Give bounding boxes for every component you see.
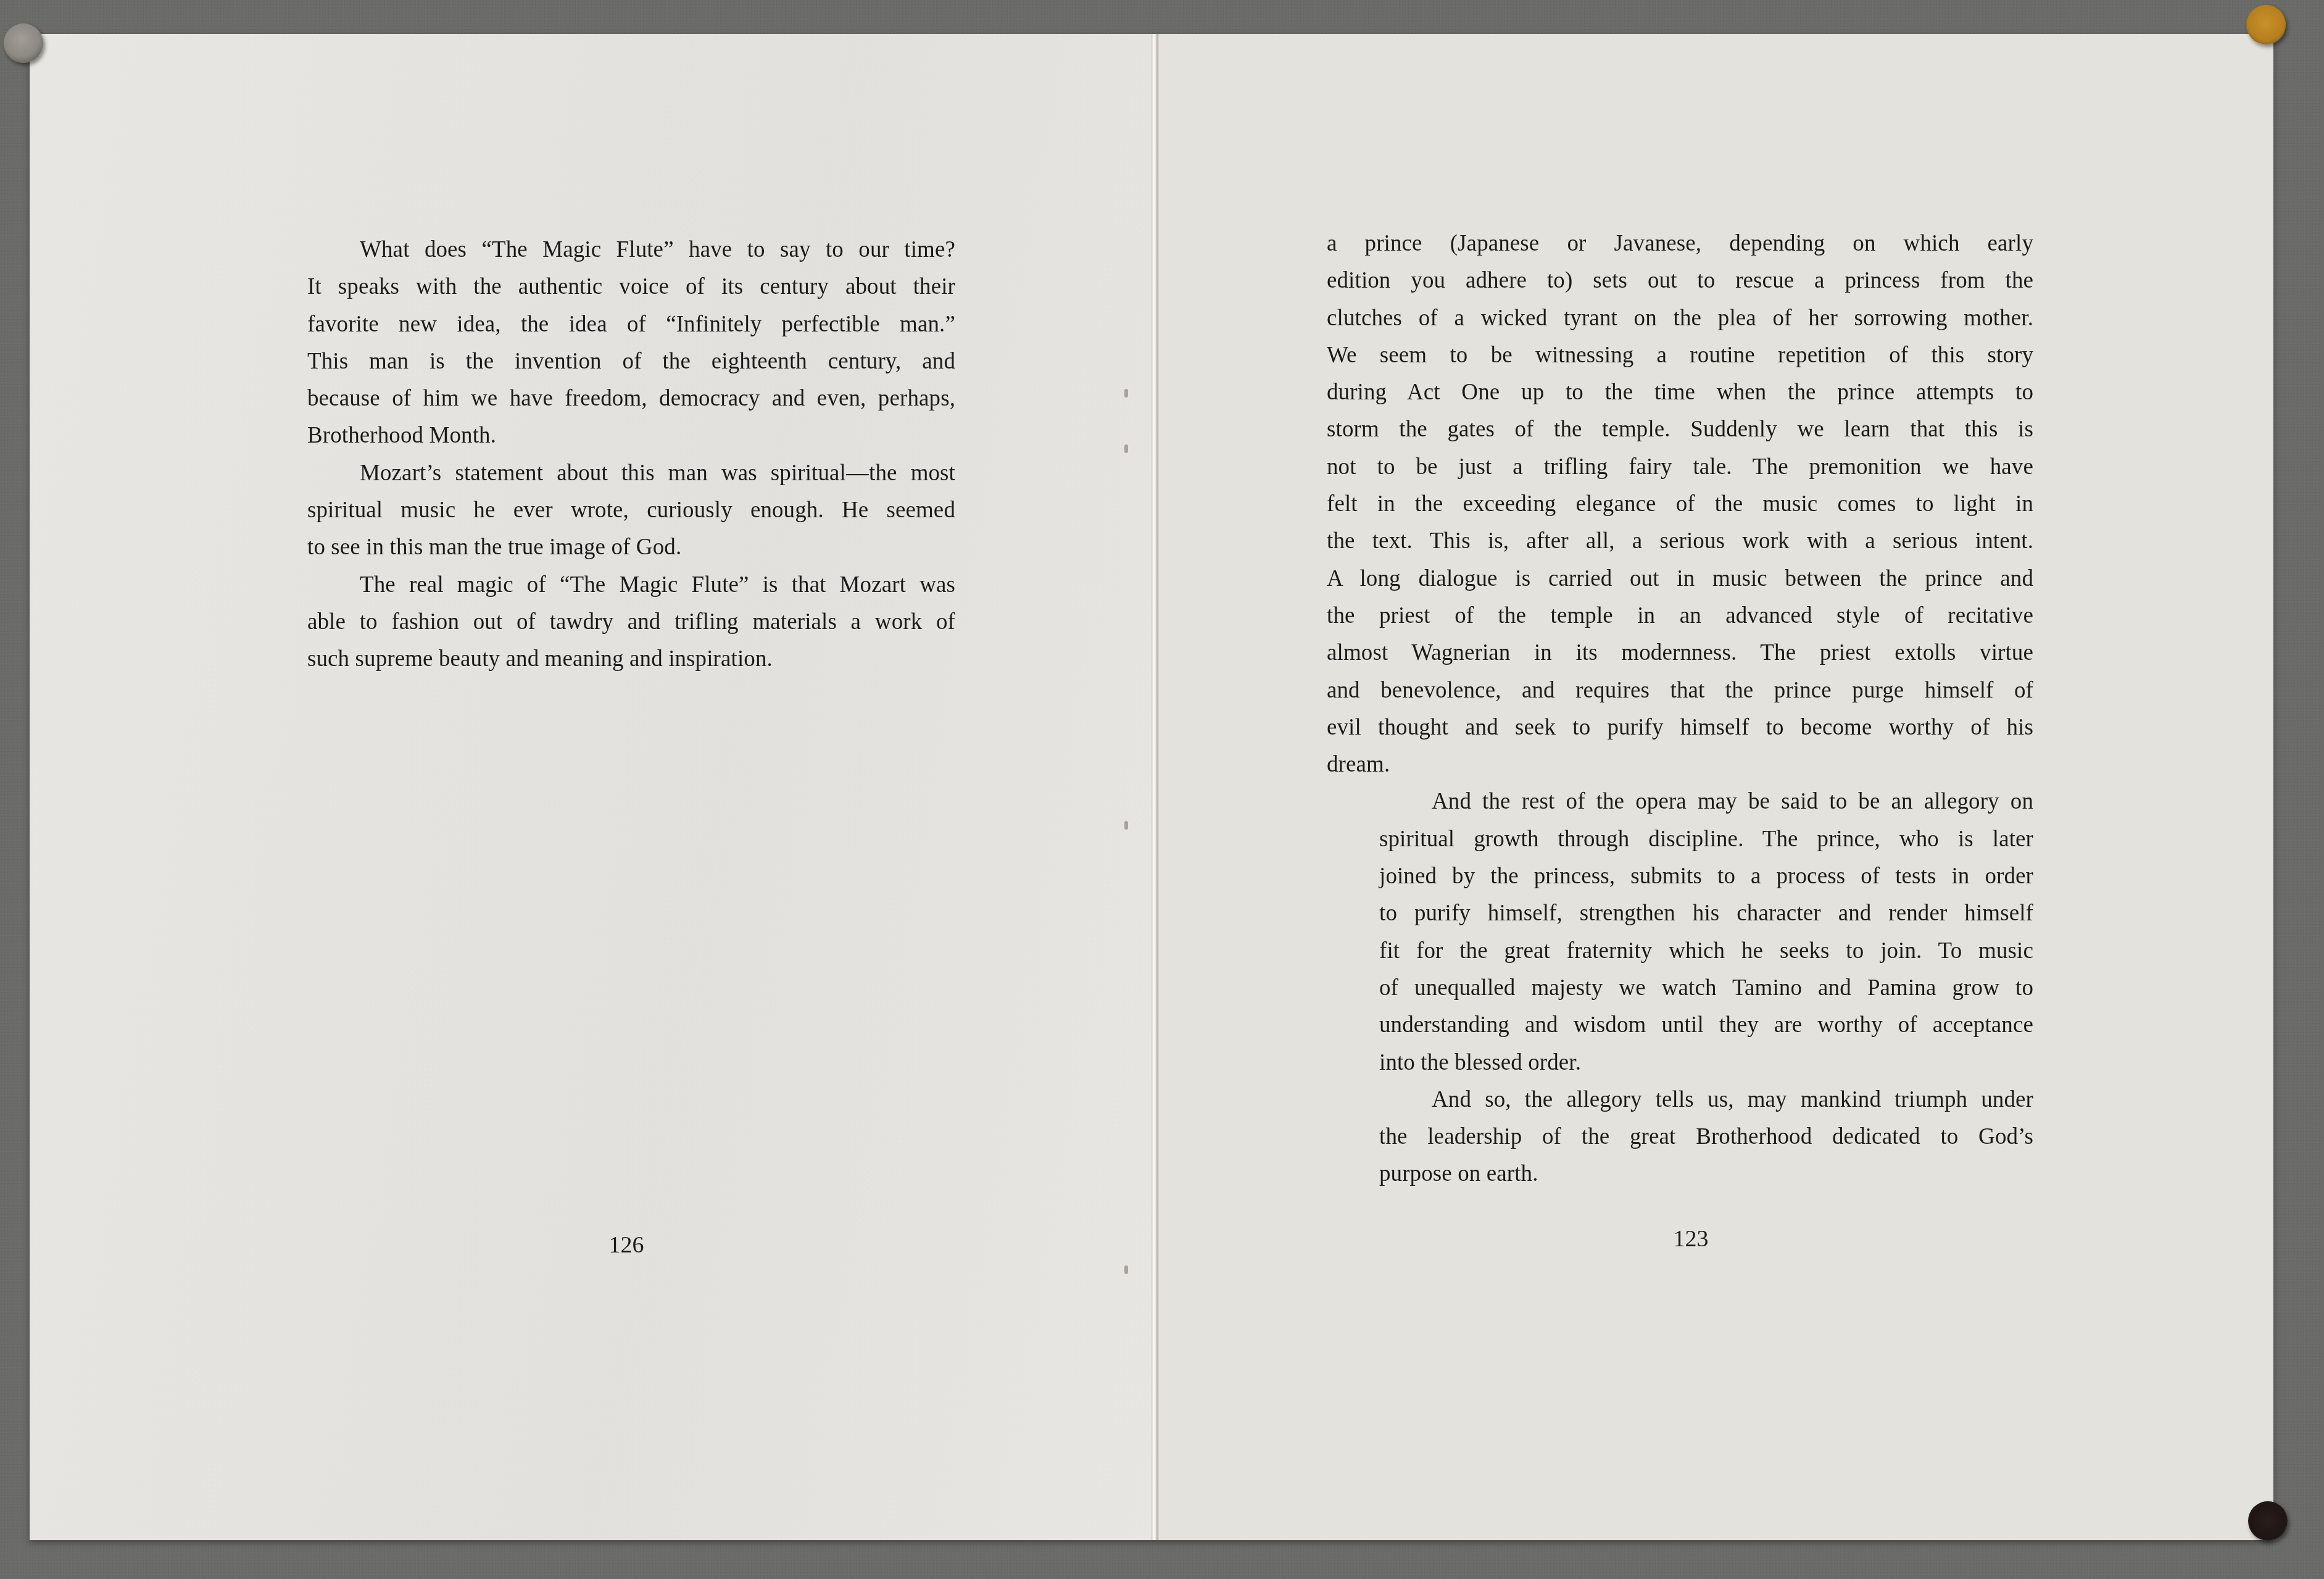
- right-page-body: a prince (Japanese or Javanese, dependin…: [1327, 225, 2033, 1193]
- text-line: What does “The Magic Flute” have to say …: [255, 231, 955, 269]
- binding-stitch: [1124, 389, 1128, 398]
- magnet-pin-icon: [2248, 1501, 2288, 1541]
- text-line: of unequalled majesty we watch Tamino an…: [1327, 970, 2033, 1007]
- text-line: edition you adhere to) sets out to rescu…: [1327, 262, 2033, 299]
- text-line: almost Wagnerian in its modernness. The …: [1327, 635, 2033, 672]
- text-line: clutches of a wicked tyrant on the plea …: [1327, 300, 2033, 337]
- left-page-body: What does “The Magic Flute” have to say …: [255, 231, 955, 678]
- text-line: felt in the exceeding elegance of the mu…: [1327, 486, 2033, 523]
- text-line: the leadership of the great Brotherhood …: [1327, 1119, 2033, 1156]
- text-line: The real magic of “The Magic Flute” is t…: [255, 567, 955, 604]
- paragraph: What does “The Magic Flute” have to say …: [255, 231, 955, 455]
- text-line: fit for the great fraternity which he se…: [1327, 933, 2033, 970]
- magnet-pin-icon: [2246, 5, 2286, 44]
- text-line: favorite new idea, the idea of “Infinite…: [255, 306, 955, 343]
- text-line: because of him we have freedom, democrac…: [255, 380, 955, 417]
- text-line: It speaks with the authentic voice of it…: [255, 269, 955, 306]
- text-line: the priest of the temple in an advanced …: [1327, 598, 2033, 635]
- text-line: joined by the princess, submits to a pro…: [1327, 858, 2033, 895]
- text-line: A long dialogue is carried out in music …: [1327, 560, 2033, 598]
- binding-stitch: [1124, 1265, 1128, 1274]
- text-line: during Act One up to the time when the p…: [1327, 374, 2033, 411]
- paragraph: And so, the allegory tells us, may manki…: [1327, 1081, 2033, 1193]
- binding-stitch: [1124, 821, 1128, 830]
- page-number-right: 123: [1629, 1225, 1753, 1252]
- text-line: spiritual growth through discipline. The…: [1327, 821, 2033, 858]
- text-line: able to fashion out of tawdry and trifli…: [255, 604, 955, 641]
- text-line: And so, the allegory tells us, may manki…: [1327, 1081, 2033, 1119]
- text-line: a prince (Japanese or Javanese, dependin…: [1327, 225, 2033, 262]
- text-line: and benevolence, and requires that the p…: [1327, 672, 2033, 709]
- text-line: This man is the invention of the eightee…: [255, 343, 955, 380]
- magnet-pin-icon: [4, 23, 43, 63]
- text-line: such supreme beauty and meaning and insp…: [255, 641, 955, 678]
- text-line: We seem to be witnessing a routine repet…: [1327, 337, 2033, 374]
- text-line: dream.: [1327, 746, 2033, 783]
- text-line: evil thought and seek to purify himself …: [1327, 709, 2033, 746]
- paragraph: Mozart’s statement about this man was sp…: [255, 455, 955, 567]
- text-line: Mozart’s statement about this man was sp…: [255, 455, 955, 492]
- text-line: understanding and wisdom until they are …: [1327, 1007, 2033, 1044]
- text-line: purpose on earth.: [1327, 1156, 2033, 1193]
- text-line: storm the gates of the temple. Suddenly …: [1327, 411, 2033, 448]
- center-fold: [1152, 34, 1159, 1540]
- binding-stitch: [1124, 444, 1128, 453]
- text-line: the text. This is, after all, a serious …: [1327, 523, 2033, 560]
- text-line: spiritual music he ever wrote, curiously…: [255, 492, 955, 529]
- text-line: not to be just a trifling fairy tale. Th…: [1327, 449, 2033, 486]
- text-line: to purify himself, strengthen his charac…: [1327, 895, 2033, 932]
- paragraph: a prince (Japanese or Javanese, dependin…: [1327, 225, 2033, 783]
- paragraph: And the rest of the opera may be said to…: [1327, 783, 2033, 1081]
- text-line: to see in this man the true image of God…: [255, 529, 955, 566]
- text-line: Brotherhood Month.: [255, 417, 955, 454]
- paragraph: The real magic of “The Magic Flute” is t…: [255, 567, 955, 678]
- text-line: into the blessed order.: [1327, 1044, 2033, 1081]
- page-number-left: 126: [565, 1231, 688, 1259]
- text-line: And the rest of the opera may be said to…: [1327, 783, 2033, 820]
